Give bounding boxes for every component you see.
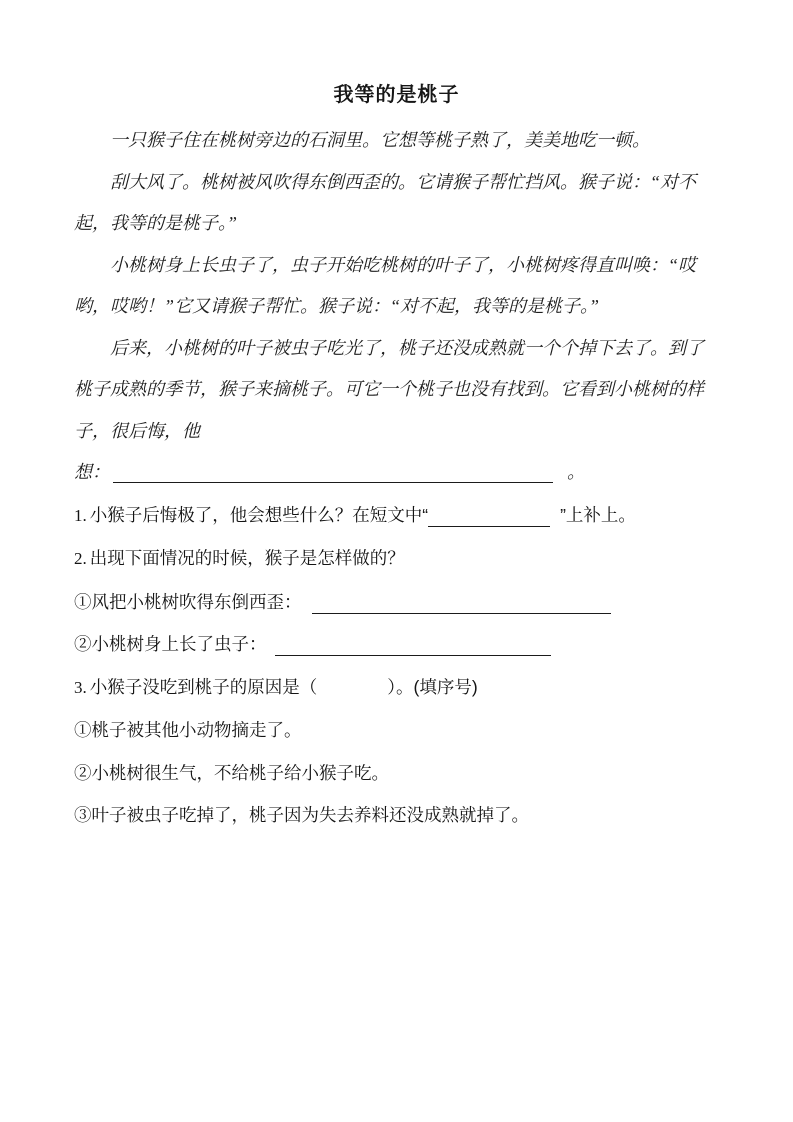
question-2-item-1: ①风把小桃树吹得东倒西歪：: [74, 581, 719, 624]
story-paragraph-1: 一只猴子住在桃树旁边的石洞里。它想等桃子熟了，美美地吃一顿。: [74, 120, 719, 162]
answer-blank-think: [113, 464, 553, 483]
question-3: 3.小猴子没吃到桃子的原因是（ ）。(填序号): [74, 666, 719, 710]
question-1-text-pre: 小猴子后悔极了，他会想些什么？在短文中“: [90, 505, 428, 525]
story-paragraph-2: 刮大风了。桃树被风吹得东倒西歪的。它请猴子帮忙挡风。猴子说：“对不起，我等的是桃…: [74, 162, 719, 245]
question-2-item-1-text: ①风把小桃树吹得东倒西歪：: [74, 592, 302, 612]
question-2: 2.出现下面情况的时候，猴子是怎样做的？: [74, 537, 719, 581]
questions-section: 1.小猴子后悔极了，他会想些什么？在短文中“”上补上。 2.出现下面情况的时候，…: [74, 494, 719, 837]
question-3-option-2: ②小桃树很生气，不给桃子给小猴子吃。: [74, 752, 719, 795]
question-3-option-2-text: ②小桃树很生气，不给桃子给小猴子吃。: [74, 763, 389, 783]
question-3-option-3: ③叶子被虫子吃掉了，桃子因为失去养料还没成熟就掉了。: [74, 794, 719, 837]
question-1: 1.小猴子后悔极了，他会想些什么？在短文中“”上补上。: [74, 494, 719, 538]
answer-blank-q2-item-1: [312, 595, 611, 614]
question-1-text-post: ”上补上。: [560, 505, 636, 525]
worksheet-title: 我等的是桃子: [74, 84, 719, 107]
question-3-number: 3.: [74, 678, 87, 697]
worksheet-page: 我等的是桃子 一只猴子住在桃树旁边的石洞里。它想等桃子熟了，美美地吃一顿。 刮大…: [0, 0, 793, 1122]
reading-passage: 一只猴子住在桃树旁边的石洞里。它想等桃子熟了，美美地吃一顿。 刮大风了。桃树被风…: [74, 120, 719, 494]
question-2-number: 2.: [74, 549, 87, 568]
question-3-option-1: ①桃子被其他小动物摘走了。: [74, 709, 719, 752]
question-3-option-1-text: ①桃子被其他小动物摘走了。: [74, 720, 302, 740]
question-2-text: 出现下面情况的时候，猴子是怎样做的？: [90, 548, 405, 568]
question-2-item-2-text: ②小桃树身上长了虫子：: [74, 634, 267, 654]
story-paragraph-4: 后来，小桃树的叶子被虫子吃光了，桃子还没成熟就一个个掉下去了。到了桃子成熟的季节…: [74, 328, 719, 453]
think-fill-line: 想：。: [74, 452, 719, 494]
story-paragraph-3: 小桃树身上长虫子了，虫子开始吃桃树的叶子了，小桃树疼得直叫唤：“哎哟，哎哟！”它…: [74, 245, 719, 328]
answer-blank-q2-item-2: [275, 637, 551, 656]
question-1-number: 1.: [74, 506, 87, 525]
question-2-item-2: ②小桃树身上长了虫子：: [74, 623, 719, 666]
think-line-prefix: 想：: [74, 462, 110, 482]
question-3-text: 小猴子没吃到桃子的原因是（ ）。(填序号): [90, 677, 478, 697]
think-line-suffix: 。: [567, 462, 585, 482]
answer-blank-q1: [428, 508, 550, 527]
question-3-option-3-text: ③叶子被虫子吃掉了，桃子因为失去养料还没成熟就掉了。: [74, 805, 529, 825]
